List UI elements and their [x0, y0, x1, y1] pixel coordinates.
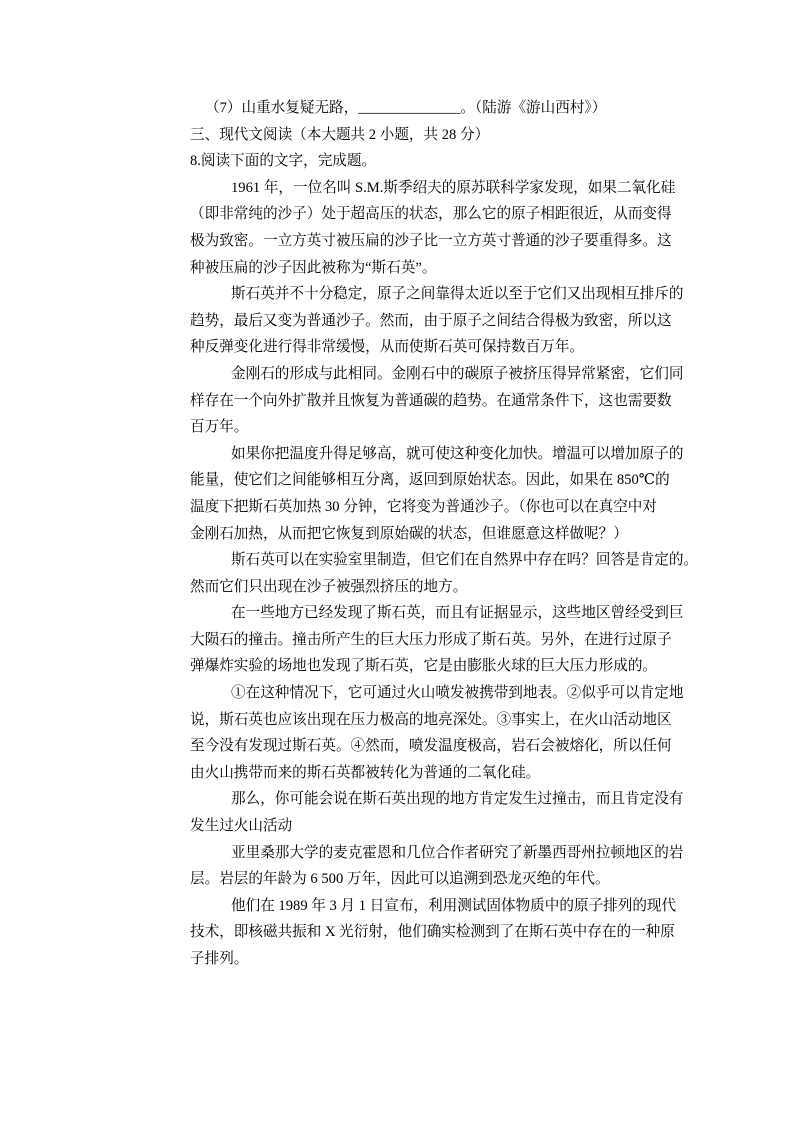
passage-p1-line4: 种被压扁的沙子因此被称为“斯石英”。 [190, 255, 678, 282]
passage-p7-line2: 说，斯石英也应该出现在压力极高的地亮深处。③事实上，在火山活动地区 [190, 707, 678, 734]
passage-p2-line3: 种反弹变化进行得非常缓慢，从而使斯石英可保持数百万年。 [190, 334, 678, 361]
passage-p10-line3: 子排列。 [190, 946, 678, 973]
passage-p1-line2: （即非常纯的沙子）处于超高压的状态，那么它的原子相距很近，从而变得 [190, 201, 678, 228]
passage-p3-line1: 金刚石的形成与此相同。金刚石中的碳原子被挤压得异常紧密，它们同 [190, 361, 678, 388]
passage-p8-line2: 发生过火山活动 [190, 813, 678, 840]
fill-blank-item: （7）山重水复疑无路，______________。（陆游《游山西村》） [190, 95, 678, 122]
passage-p9-line2: 层。岩层的年龄为 6 500 万年，因此可以追溯到恐龙灭绝的年代。 [190, 866, 678, 893]
passage-p6-line2: 大陨石的撞击。撞击所产生的巨大压力形成了斯石英。另外，在进行过原子 [190, 627, 678, 654]
question-intro: 8.阅读下面的文字，完成题。 [190, 148, 678, 175]
passage-p8-line1: 那么，你可能会说在斯石英出现的地方肯定发生过撞击，而且肯定没有 [190, 786, 678, 813]
passage-p6-line3: 弹爆炸实验的场地也发现了斯石英，它是由膨胀火球的巨大压力形成的。 [190, 653, 678, 680]
passage-p4-line3: 温度下把斯石英加热 30 分钟，它将变为普通沙子。（你也可以在真空中对 [190, 494, 678, 521]
passage-p7-line3: 至今没有发现过斯石英。④然而，喷发温度极高，岩石会被熔化，所以任何 [190, 733, 678, 760]
passage-p9-line1: 亚里桑那大学的麦克霍恩和几位合作者研究了新墨西哥州拉顿地区的岩 [190, 840, 678, 867]
section-header: 三、现代文阅读（本大题共 2 小题，共 28 分） [190, 122, 678, 149]
passage-p6-line1: 在一些地方已经发现了斯石英，而且有证据显示，这些地区曾经受到巨 [190, 600, 678, 627]
passage-p10-line1: 他们在 1989 年 3 月 1 日宣布，利用测试固体物质中的原子排列的现代 [190, 893, 678, 920]
passage-p4-line2: 能量，使它们之间能够相互分离，返回到原始状态。因此，如果在 850℃的 [190, 467, 678, 494]
passage-p7-line1: ①在这种情况下，它可通过火山喷发被携带到地表。②似乎可以肯定地 [190, 680, 678, 707]
document-page: （7）山重水复疑无路，______________。（陆游《游山西村》） 三、现… [0, 0, 794, 1123]
passage-p10-line2: 技术，即核磁共振和 X 光衍射，他们确实检测到了在斯石英中存在的一种原 [190, 919, 678, 946]
passage-p4-line4: 金刚石加热，从而把它恢复到原始碳的状态，但谁愿意这样做呢？） [190, 521, 678, 548]
text-block: （7）山重水复疑无路，______________。（陆游《游山西村》） 三、现… [190, 95, 678, 973]
passage-p1-line1: 1961 年，一位名叫 S.M.斯季绍夫的原苏联科学家发现，如果二氧化硅 [190, 175, 678, 202]
passage-p5-line1: 斯石英可以在实验室里制造，但它们在自然界中存在吗？回答是肯定的。 [190, 547, 678, 574]
passage-p2-line2: 趋势，最后又变为普通沙子。然而，由于原子之间结合得极为致密，所以这 [190, 308, 678, 335]
passage-p3-line3: 百万年。 [190, 414, 678, 441]
passage-p7-line4: 由火山携带而来的斯石英都被转化为普通的二氧化硅。 [190, 760, 678, 787]
passage-p3-line2: 样存在一个向外扩散并且恢复为普通碳的趋势。在通常条件下，这也需要数 [190, 388, 678, 415]
passage-p4-line1: 如果你把温度升得足够高，就可使这种变化加快。增温可以增加原子的 [190, 441, 678, 468]
passage-p2-line1: 斯石英并不十分稳定，原子之间靠得太近以至于它们又出现相互排斥的 [190, 281, 678, 308]
passage-p1-line3: 极为致密。一立方英寸被压扁的沙子比一立方英寸普通的沙子要重得多。这 [190, 228, 678, 255]
passage-p5-line2: 然而它们只出现在沙子被强烈挤压的地方。 [190, 574, 678, 601]
